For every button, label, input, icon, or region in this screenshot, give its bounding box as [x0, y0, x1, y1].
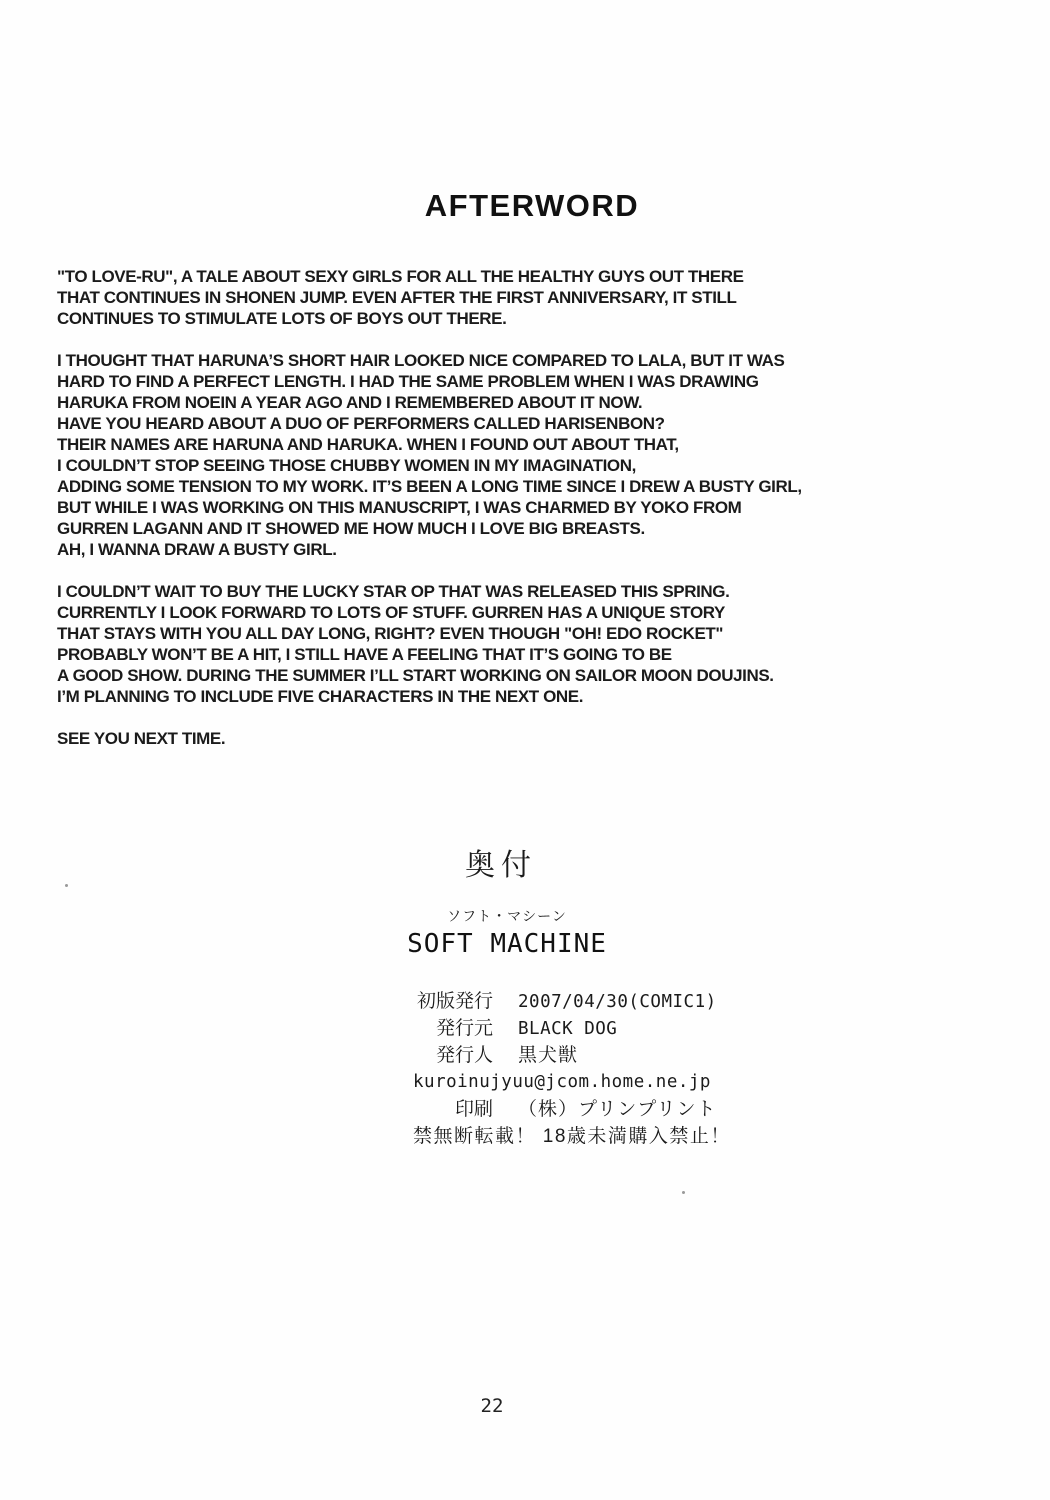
afterword-paragraph-1: "TO LOVE-RU", A TALE ABOUT SEXY GIRLS FO…: [57, 266, 1017, 329]
doujin-title: SOFT MACHINE: [0, 929, 1014, 959]
doujin-title-block: ソフト・マシーン SOFT MACHINE: [0, 906, 1014, 959]
afterword-body: "TO LOVE-RU", A TALE ABOUT SEXY GIRLS FO…: [57, 266, 1017, 770]
colophon-row-first-edition: 初版発行 2007/04/30(COMIC1): [413, 988, 893, 1015]
publisher-value: BLACK DOG: [518, 1016, 617, 1043]
colophon-details: 初版発行 2007/04/30(COMIC1) 発行元 BLACK DOG 発行…: [413, 988, 893, 1150]
scanned-afterword-page: AFTERWORD "TO LOVE-RU", A TALE ABOUT SEX…: [0, 0, 1050, 1500]
author-label: 発行人: [413, 1042, 493, 1069]
contact-email: kuroinujyuu@jcom.home.ne.jp: [413, 1069, 893, 1096]
printer-label: 印刷: [413, 1096, 493, 1123]
page-title: AFTERWORD: [0, 188, 1050, 224]
colophon-heading: 奥付: [0, 840, 1002, 884]
colophon-row-publisher: 発行元 BLACK DOG: [413, 1015, 893, 1042]
first-edition-label: 初版発行: [413, 988, 493, 1015]
scan-speck: [65, 884, 68, 887]
author-value: 黒犬獣: [518, 1042, 578, 1069]
colophon-row-printer: 印刷 （株）プリンプリント: [413, 1096, 893, 1123]
reproduction-warning: 禁無断転載！ 18歳未満購入禁止！: [413, 1123, 893, 1150]
doujin-title-furigana: ソフト・マシーン: [0, 906, 1014, 926]
afterword-paragraph-2: I THOUGHT THAT HARUNA’S SHORT HAIR LOOKE…: [57, 350, 1017, 560]
afterword-closing: SEE YOU NEXT TIME.: [57, 728, 1017, 749]
scan-speck: [682, 1191, 685, 1194]
publisher-label: 発行元: [413, 1015, 493, 1042]
first-edition-value: 2007/04/30(COMIC1): [518, 989, 717, 1016]
page-number: 22: [0, 1395, 984, 1417]
colophon-row-author: 発行人 黒犬獣: [413, 1042, 893, 1069]
printer-value: （株）プリンプリント: [518, 1096, 716, 1123]
afterword-paragraph-3: I COULDN’T WAIT TO BUY THE LUCKY STAR OP…: [57, 581, 1017, 707]
